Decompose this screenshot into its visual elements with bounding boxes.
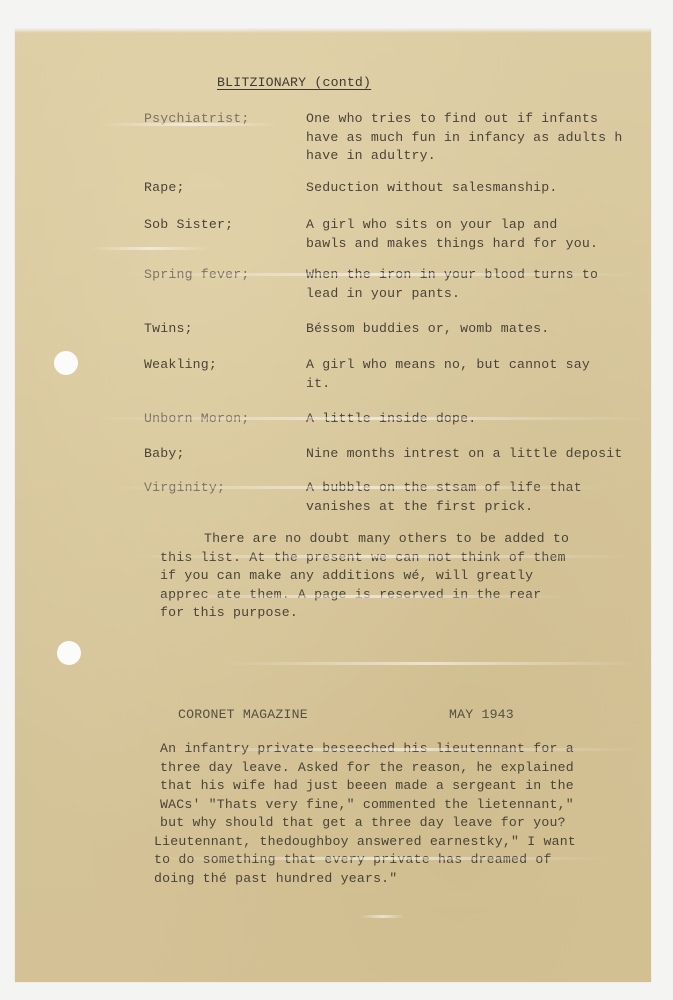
- entry-definition: Seduction without salesmanship.: [306, 179, 558, 198]
- entry-term: Twins;: [144, 320, 193, 339]
- tape-glare: [150, 595, 570, 598]
- tape-glare: [220, 662, 640, 665]
- entry-term: Baby;: [144, 445, 185, 464]
- tape-glare: [90, 247, 210, 250]
- tape-glare: [120, 273, 640, 276]
- entry-definition: Nine months intrest on a little deposit: [306, 445, 622, 464]
- entry-definition: A bubble on the stsam of life that vanis…: [306, 479, 582, 516]
- page-title: BLITZIONARY (contd): [217, 74, 371, 93]
- tape-glare: [160, 748, 640, 751]
- entry-definition: A girl who means no, but cannot say it.: [306, 356, 590, 393]
- entry-definition: Béssom buddies or, womb mates.: [306, 320, 549, 339]
- tape-glare: [360, 915, 405, 918]
- entry-definition: One who tries to find out if infants hav…: [306, 110, 622, 166]
- closing-paragraph: There are no doubt many others to be add…: [160, 530, 569, 623]
- punch-hole: [57, 641, 81, 665]
- tape-glare: [150, 857, 610, 860]
- entry-term: Weakling;: [144, 356, 217, 375]
- entry-definition: When the iron in your blood turns to lea…: [306, 266, 598, 303]
- entry-term: Sob Sister;: [144, 216, 233, 235]
- tape-glare: [130, 555, 630, 558]
- tape-glare: [110, 486, 610, 489]
- story-paragraph: An infantry private beseeched his lieute…: [160, 740, 576, 888]
- entry-term: Rape;: [144, 179, 185, 198]
- punch-hole: [54, 351, 78, 375]
- entry-definition: A girl who sits on your lap and bawls an…: [306, 216, 598, 253]
- publication-name: CORONET MAGAZINE: [178, 706, 308, 725]
- publication-date: MAY 1943: [449, 706, 514, 725]
- tape-glare: [90, 417, 650, 420]
- tape-glare: [100, 123, 280, 126]
